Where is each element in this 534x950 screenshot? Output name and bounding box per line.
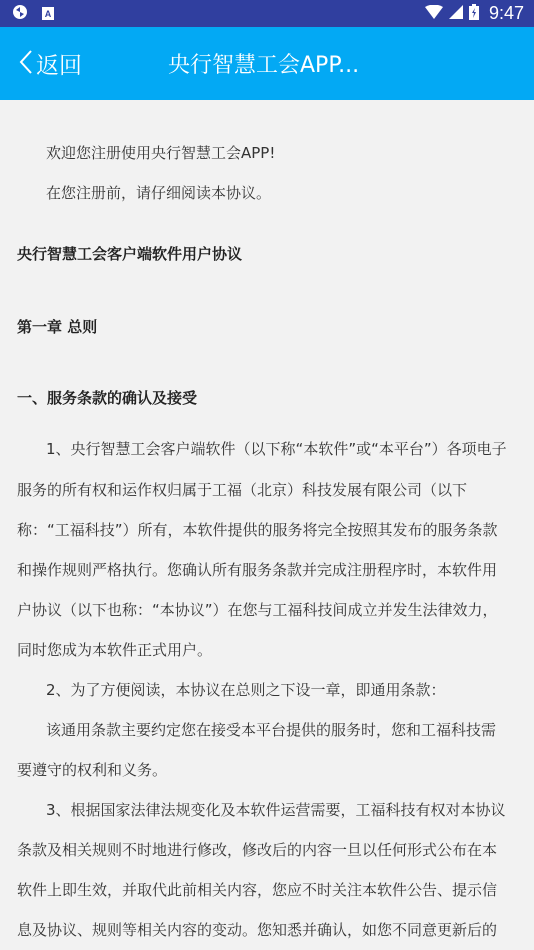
paragraph-line: 服务的所有权和运作权归属于工福（北京）科技发展有限公司（以下: [17, 479, 467, 500]
paragraph-line: 欢迎您注册使用央行智慧工会APP!: [46, 142, 275, 163]
accessibility-a-icon: A: [42, 7, 54, 20]
section-heading: 第一章 总则: [17, 316, 97, 337]
sync-icon: [12, 4, 28, 24]
back-label: 返回: [36, 47, 82, 80]
signal-icon: [449, 4, 463, 23]
section-heading: 一、服务条款的确认及接受: [17, 387, 197, 408]
page-title: 央行智慧工会APP...: [168, 27, 359, 100]
paragraph-line: 户协议（以下也称：“本协议”）在您与工福科技间成立并发生法律效力，: [17, 599, 498, 620]
agreement-content[interactable]: 欢迎您注册使用央行智慧工会APP!在您注册前，请仔细阅读本协议。央行智慧工会客户…: [0, 100, 534, 950]
paragraph-line: 软件上即生效，并取代此前相关内容，您应不时关注本软件公告、提示信: [17, 879, 497, 900]
paragraph-line: 2、为了方便阅读，本协议在总则之下设一章，即通用条款：: [46, 679, 446, 700]
paragraph-line: 1、央行智慧工会客户端软件（以下称“本软件”或“本平台”）各项电子: [46, 438, 507, 459]
paragraph-line: 息及协议、规则等相关内容的变动。您知悉并确认，如您不同意更新后的: [17, 919, 497, 940]
paragraph-line: 条款及相关规则不时地进行修改，修改后的内容一旦以任何形式公布在本: [17, 839, 497, 860]
wifi-icon: [425, 4, 443, 23]
paragraph-line: 在您注册前，请仔细阅读本协议。: [46, 182, 271, 203]
paragraph-line: 和操作规则严格执行。您确认所有服务条款并完成注册程序时，本软件用: [17, 559, 497, 580]
paragraph-line: 称：“工福科技”）所有，本软件提供的服务将完全按照其发布的服务条款: [17, 519, 498, 540]
status-bar: A 9:47: [0, 0, 534, 27]
paragraph-line: 同时您成为本软件正式用户。: [17, 639, 212, 660]
paragraph-line: 要遵守的权利和义务。: [17, 759, 167, 780]
paragraph-line: 该通用条款主要约定您在接受本平台提供的服务时，您和工福科技需: [46, 719, 496, 740]
app-bar: 返回 央行智慧工会APP...: [0, 27, 534, 100]
back-button[interactable]: 返回: [18, 27, 82, 100]
chevron-left-icon: [18, 49, 34, 79]
section-heading: 央行智慧工会客户端软件用户协议: [17, 243, 242, 264]
paragraph-line: 3、根据国家法律法规变化及本软件运营需要，工福科技有权对本协议: [46, 799, 506, 820]
battery-charging-icon: [469, 4, 479, 24]
status-time: 9:47: [489, 3, 524, 24]
